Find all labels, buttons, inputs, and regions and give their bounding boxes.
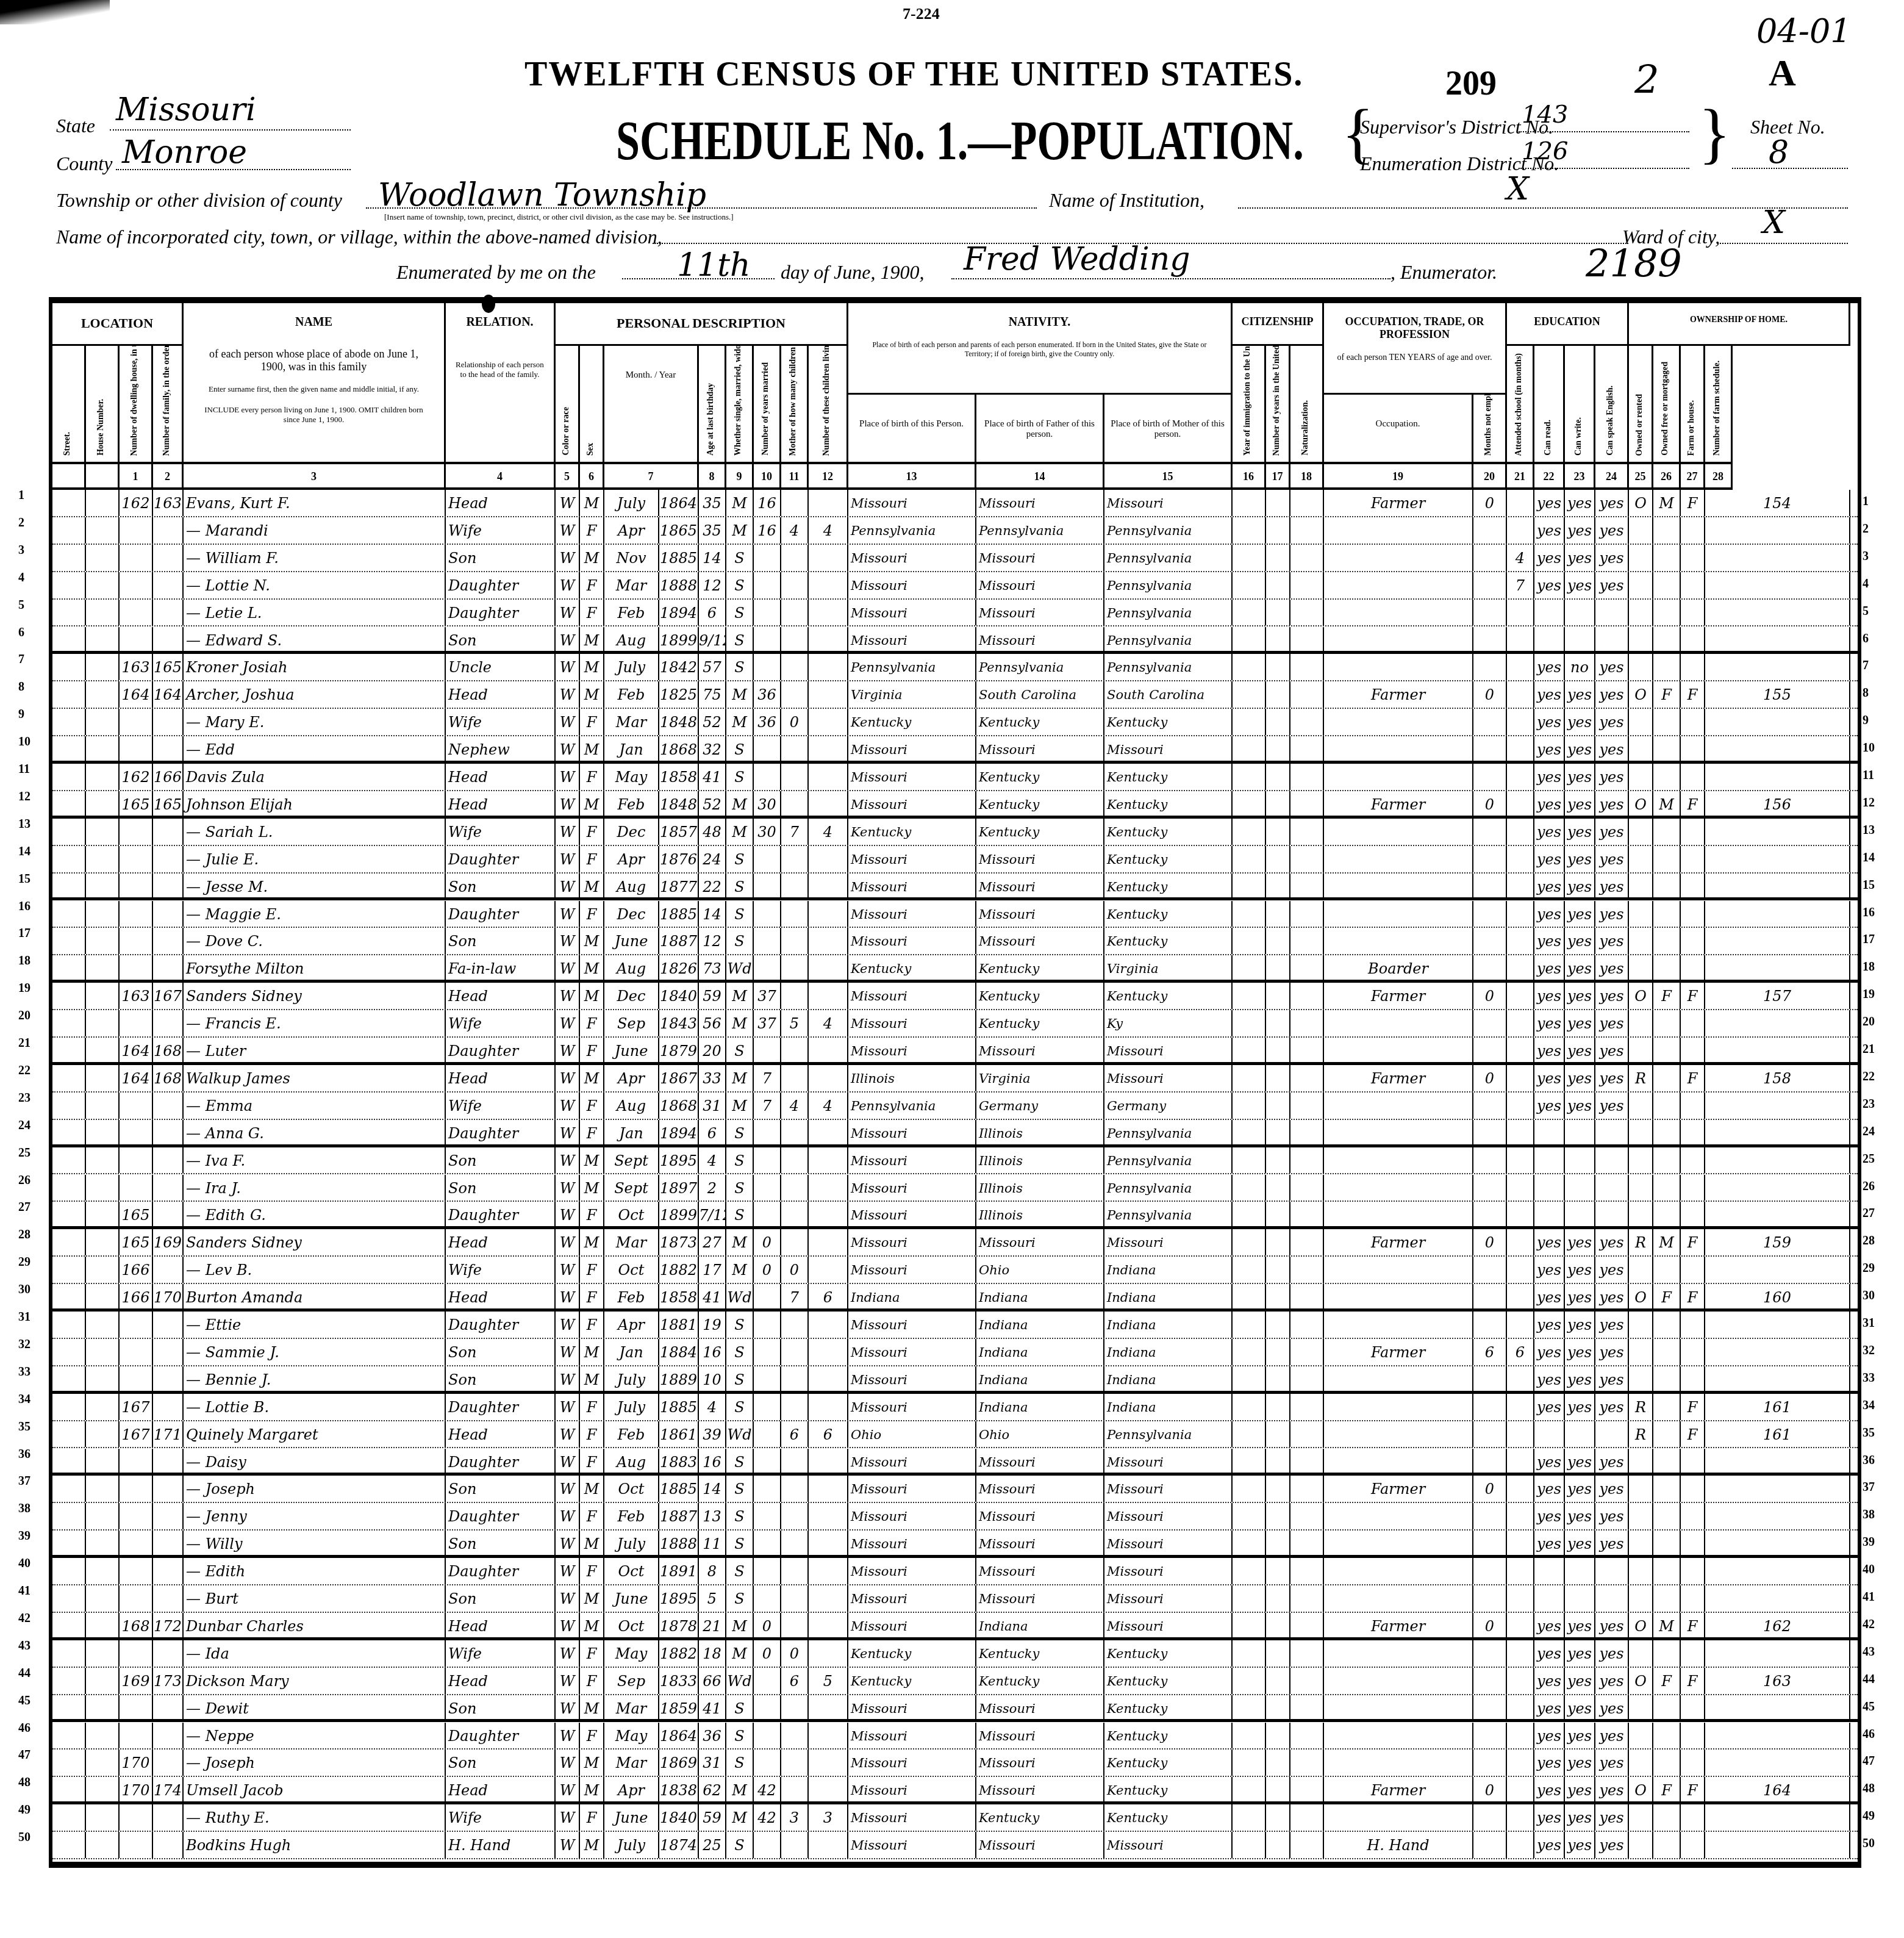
cell-empty bbox=[52, 846, 86, 872]
cell-owned bbox=[1629, 955, 1653, 980]
cell-read: yes bbox=[1534, 1668, 1565, 1694]
cell-marital: S bbox=[726, 1038, 754, 1062]
cell-birth-person: Missouri bbox=[848, 1558, 976, 1584]
cell-occupation bbox=[1324, 1723, 1473, 1749]
cell-not-employed bbox=[1473, 654, 1507, 680]
cell-yrs-married bbox=[754, 1202, 781, 1226]
column-header-9: Whether single, married, widowed, or div… bbox=[726, 346, 754, 462]
cell-farm bbox=[1681, 545, 1705, 571]
name-instr2: INCLUDE every person living on June 1, 1… bbox=[184, 405, 444, 425]
cell-empty bbox=[1266, 1750, 1290, 1776]
cell-empty bbox=[52, 1695, 86, 1720]
cell-name: Dunbar Charles bbox=[184, 1613, 446, 1637]
cell-empty bbox=[86, 1695, 120, 1720]
cell-birth-father: Missouri bbox=[976, 1832, 1104, 1858]
table-row: 170— JosephSonWMMar186931SMissouriMissou… bbox=[52, 1750, 1858, 1777]
cell-empty bbox=[86, 709, 120, 735]
line-number-right: 27 bbox=[1863, 1207, 1875, 1221]
cell-english bbox=[1595, 1585, 1629, 1612]
cell-family bbox=[153, 517, 184, 544]
column-number: 27 bbox=[1681, 462, 1705, 490]
cell-mother-of: 4 bbox=[781, 517, 809, 544]
cell-english: yes bbox=[1595, 819, 1629, 845]
cell-age: 41 bbox=[699, 764, 726, 790]
column-label: Farm or house. bbox=[1687, 400, 1697, 456]
cell-mother-of: 0 bbox=[781, 709, 809, 735]
cell-occupation bbox=[1324, 874, 1473, 898]
cell-empty bbox=[1266, 654, 1290, 680]
cell-empty bbox=[1266, 1257, 1290, 1283]
cell-mother-of bbox=[781, 1312, 809, 1338]
cell-dwelling bbox=[120, 1723, 153, 1749]
cell-name: — Ira J. bbox=[184, 1175, 446, 1201]
cell-birth-mother: Pennsylvania bbox=[1104, 1120, 1233, 1144]
cell-empty bbox=[1266, 1229, 1290, 1255]
cell-empty bbox=[52, 1284, 86, 1308]
cell-empty bbox=[86, 1613, 120, 1637]
cell-birth-person: Pennsylvania bbox=[848, 654, 976, 680]
cell-write: yes bbox=[1565, 1394, 1595, 1420]
cell-farm bbox=[1681, 572, 1705, 598]
cell-mother-of bbox=[781, 681, 809, 708]
cell-not-employed bbox=[1473, 1010, 1507, 1036]
table-row: 163165Kroner JosiahUncleWMJuly184257SPen… bbox=[52, 654, 1858, 681]
cell-race: W bbox=[556, 1394, 580, 1420]
cell-yrs-married bbox=[754, 1038, 781, 1062]
cell-month: Apr bbox=[604, 1065, 659, 1091]
cell-owned bbox=[1629, 517, 1653, 544]
cell-empty bbox=[86, 1640, 120, 1667]
cell-empty bbox=[86, 819, 120, 845]
line-number-right: 33 bbox=[1863, 1371, 1875, 1385]
cell-living: 4 bbox=[809, 1093, 848, 1119]
cell-empty bbox=[86, 1229, 120, 1255]
cell-not-employed bbox=[1473, 1723, 1507, 1749]
cell-race: W bbox=[556, 1229, 580, 1255]
cell-empty bbox=[52, 490, 86, 516]
cell-birth-person: Missouri bbox=[848, 1476, 976, 1502]
line-number-left: 43 bbox=[18, 1639, 30, 1653]
cell-birth-person: Missouri bbox=[848, 764, 976, 790]
cell-school bbox=[1507, 1093, 1534, 1119]
cell-empty bbox=[1233, 1558, 1266, 1584]
cell-living bbox=[809, 1147, 848, 1174]
cell-empty bbox=[52, 654, 86, 680]
cell-marital: S bbox=[726, 928, 754, 954]
cell-mother-of bbox=[781, 983, 809, 1009]
cell-not-employed: 0 bbox=[1473, 1613, 1507, 1637]
cell-not-employed: 0 bbox=[1473, 1229, 1507, 1255]
cell-english: yes bbox=[1595, 1065, 1629, 1091]
cell-race: W bbox=[556, 1202, 580, 1226]
cell-farm bbox=[1681, 1449, 1705, 1473]
cell-empty bbox=[1290, 1229, 1324, 1255]
cell-relation: Daughter bbox=[446, 1120, 556, 1144]
cell-name: Kroner Josiah bbox=[184, 654, 446, 680]
cell-schedule bbox=[1705, 1120, 1850, 1144]
institution-line bbox=[1238, 207, 1848, 209]
cell-mother-of bbox=[781, 1449, 809, 1473]
cell-age: 10 bbox=[699, 1366, 726, 1391]
line-number-left: 9 bbox=[18, 708, 24, 722]
stamp-number: 209 bbox=[1445, 64, 1497, 103]
cell-empty bbox=[1290, 1804, 1324, 1831]
cell-birth-father: Kentucky bbox=[976, 983, 1104, 1009]
cell-birth-father: Missouri bbox=[976, 901, 1104, 927]
line-number-right: 10 bbox=[1863, 741, 1875, 755]
cell-write: yes bbox=[1565, 846, 1595, 872]
line-number-right: 9 bbox=[1863, 714, 1869, 728]
cell-sex: M bbox=[580, 1175, 604, 1201]
cell-not-employed bbox=[1473, 709, 1507, 735]
cell-empty bbox=[52, 1339, 86, 1365]
cell-age: 41 bbox=[699, 1284, 726, 1308]
cell-not-employed bbox=[1473, 1640, 1507, 1667]
cell-name: — Jesse M. bbox=[184, 874, 446, 898]
cell-occupation bbox=[1324, 627, 1473, 651]
cell-race: W bbox=[556, 1695, 580, 1720]
cell-marital: M bbox=[726, 1777, 754, 1801]
cell-dwelling: 170 bbox=[120, 1777, 153, 1801]
cell-yrs-married: 7 bbox=[754, 1065, 781, 1091]
cell-read bbox=[1534, 1558, 1565, 1584]
cell-sex: F bbox=[580, 1640, 604, 1667]
cell-empty bbox=[1233, 600, 1266, 626]
cell-sex: F bbox=[580, 1723, 604, 1749]
cell-month: Apr bbox=[604, 846, 659, 872]
cell-owned bbox=[1629, 1640, 1653, 1667]
cell-write bbox=[1565, 600, 1595, 626]
cell-birth-mother: Kentucky bbox=[1104, 1640, 1233, 1667]
table-row: Forsythe MiltonFa-in-lawWMAug182673WdKen… bbox=[52, 955, 1858, 983]
cell-birth-person: Virginia bbox=[848, 681, 976, 708]
cell-farm bbox=[1681, 1585, 1705, 1612]
cell-empty bbox=[86, 1010, 120, 1036]
line-number-right: 42 bbox=[1863, 1618, 1875, 1632]
cell-birth-person: Missouri bbox=[848, 1449, 976, 1473]
cell-month: June bbox=[604, 928, 659, 954]
cell-living bbox=[809, 1339, 848, 1365]
cell-farm: F bbox=[1681, 983, 1705, 1009]
cell-empty bbox=[52, 1038, 86, 1062]
cell-year: 1848 bbox=[659, 791, 699, 816]
cell-sex: F bbox=[580, 1804, 604, 1831]
column-label: Place of birth of Father of this person. bbox=[976, 419, 1103, 440]
cell-living bbox=[809, 681, 848, 708]
cell-read: yes bbox=[1534, 1038, 1565, 1062]
cell-living bbox=[809, 955, 848, 980]
cell-sex: F bbox=[580, 1503, 604, 1529]
cell-owned bbox=[1629, 846, 1653, 872]
cell-farm bbox=[1681, 1558, 1705, 1584]
cell-name: Walkup James bbox=[184, 1065, 446, 1091]
cell-name: Davis Zula bbox=[184, 764, 446, 790]
cell-birth-father: Indiana bbox=[976, 1613, 1104, 1637]
cell-race: W bbox=[556, 572, 580, 598]
cell-relation: Head bbox=[446, 1229, 556, 1255]
cell-mother-of bbox=[781, 846, 809, 872]
cell-family: 167 bbox=[153, 983, 184, 1009]
cell-living bbox=[809, 1449, 848, 1473]
cell-birth-person: Missouri bbox=[848, 1120, 976, 1144]
line-number-left: 11 bbox=[18, 763, 30, 777]
cell-owned bbox=[1629, 1202, 1653, 1226]
cell-dwelling bbox=[120, 627, 153, 651]
cell-living bbox=[809, 1175, 848, 1201]
cell-empty bbox=[1290, 1394, 1324, 1420]
cell-empty bbox=[86, 1175, 120, 1201]
cell-school bbox=[1507, 1229, 1534, 1255]
column-number: 23 bbox=[1565, 462, 1595, 490]
cell-age: 16 bbox=[699, 1339, 726, 1365]
cell-farm bbox=[1681, 1010, 1705, 1036]
cell-mother-of bbox=[781, 791, 809, 816]
cell-not-employed: 0 bbox=[1473, 1476, 1507, 1502]
cell-race: W bbox=[556, 1558, 580, 1584]
cell-empty bbox=[52, 1503, 86, 1529]
cell-empty bbox=[1266, 928, 1290, 954]
cell-sex: F bbox=[580, 572, 604, 598]
cell-empty bbox=[86, 490, 120, 516]
cell-empty bbox=[52, 1202, 86, 1226]
column-label: Sex bbox=[586, 443, 596, 456]
line-number-left: 10 bbox=[18, 735, 30, 749]
cell-name: — Jenny bbox=[184, 1503, 446, 1529]
cell-farm bbox=[1681, 1695, 1705, 1720]
cell-month: Jan bbox=[604, 736, 659, 761]
cell-write bbox=[1565, 1558, 1595, 1584]
cell-living bbox=[809, 764, 848, 790]
cell-mother-of bbox=[781, 600, 809, 626]
cell-read: yes bbox=[1534, 709, 1565, 735]
cell-farm: F bbox=[1681, 791, 1705, 816]
cell-not-employed bbox=[1473, 1558, 1507, 1584]
column-label: Number of farm schedule. bbox=[1713, 361, 1722, 456]
cell-birth-person: Missouri bbox=[848, 1257, 976, 1283]
cell-year: 1885 bbox=[659, 901, 699, 927]
cell-birth-person: Missouri bbox=[848, 1229, 976, 1255]
cell-empty bbox=[1290, 983, 1324, 1009]
cell-marital: S bbox=[726, 1202, 754, 1226]
cell-empty bbox=[86, 736, 120, 761]
cell-empty bbox=[1266, 1832, 1290, 1858]
cell-not-employed bbox=[1473, 627, 1507, 651]
cell-dwelling bbox=[120, 1366, 153, 1391]
cell-not-employed: 0 bbox=[1473, 1777, 1507, 1801]
cell-empty bbox=[86, 1449, 120, 1473]
cell-birth-father: Missouri bbox=[976, 1503, 1104, 1529]
cell-year: 1895 bbox=[659, 1585, 699, 1612]
cell-birth-mother: Missouri bbox=[1104, 490, 1233, 516]
cell-empty bbox=[52, 709, 86, 735]
cell-school bbox=[1507, 1421, 1534, 1448]
cell-year: 1885 bbox=[659, 545, 699, 571]
cell-marital: S bbox=[726, 1394, 754, 1420]
cell-age: 31 bbox=[699, 1750, 726, 1776]
cell-birth-father: Missouri bbox=[976, 600, 1104, 626]
line-number-left: 35 bbox=[18, 1420, 30, 1434]
column-label: Owned free or mortgaged bbox=[1661, 362, 1670, 456]
cell-age: 33 bbox=[699, 1065, 726, 1091]
cell-family bbox=[153, 1832, 184, 1858]
cell-empty bbox=[52, 1229, 86, 1255]
cell-english: yes bbox=[1595, 1229, 1629, 1255]
cell-birth-mother: Missouri bbox=[1104, 1229, 1233, 1255]
cell-year: 1868 bbox=[659, 1093, 699, 1119]
cell-mortgaged: M bbox=[1653, 791, 1681, 816]
cell-mother-of bbox=[781, 1229, 809, 1255]
cell-read: yes bbox=[1534, 654, 1565, 680]
cell-year: 1826 bbox=[659, 955, 699, 980]
cell-dwelling: 162 bbox=[120, 490, 153, 516]
cell-name: — Lottie N. bbox=[184, 572, 446, 598]
line-number-left: 2 bbox=[18, 516, 24, 530]
cell-dwelling: 170 bbox=[120, 1750, 153, 1776]
cell-empty bbox=[1290, 1257, 1324, 1283]
cell-birth-mother: Kentucky bbox=[1104, 983, 1233, 1009]
cell-birth-mother: Kentucky bbox=[1104, 819, 1233, 845]
cell-farm bbox=[1681, 1723, 1705, 1749]
cell-empty bbox=[52, 955, 86, 980]
cell-empty bbox=[1266, 736, 1290, 761]
cell-dwelling bbox=[120, 1640, 153, 1667]
cell-schedule bbox=[1705, 764, 1850, 790]
cell-sex: F bbox=[580, 846, 604, 872]
cell-mortgaged bbox=[1653, 1503, 1681, 1529]
cell-mortgaged bbox=[1653, 1421, 1681, 1448]
column-header-1: Number of dwelling house, in the order o… bbox=[120, 346, 153, 462]
cell-mother-of bbox=[781, 901, 809, 927]
cell-year: 1865 bbox=[659, 517, 699, 544]
cell-farm bbox=[1681, 874, 1705, 898]
cell-school bbox=[1507, 1366, 1534, 1391]
cell-sex: M bbox=[580, 791, 604, 816]
cell-age: 14 bbox=[699, 1476, 726, 1502]
cell-family bbox=[153, 1257, 184, 1283]
table-row: — IdaWifeWFMay188218M00KentuckyKentuckyK… bbox=[52, 1640, 1858, 1668]
cell-year: 1833 bbox=[659, 1668, 699, 1694]
cell-yrs-married bbox=[754, 627, 781, 651]
cell-mortgaged bbox=[1653, 1449, 1681, 1473]
cell-living bbox=[809, 1202, 848, 1226]
cell-empty bbox=[1233, 1010, 1266, 1036]
cell-read bbox=[1534, 1120, 1565, 1144]
cell-name: — Ettie bbox=[184, 1312, 446, 1338]
cell-birth-person: Missouri bbox=[848, 1585, 976, 1612]
institution-label: Name of Institution, bbox=[1049, 189, 1204, 212]
line-number-left: 32 bbox=[18, 1338, 30, 1352]
cell-name: — Dove C. bbox=[184, 928, 446, 954]
census-title: TWELFTH CENSUS OF THE UNITED STATES. bbox=[524, 55, 1303, 94]
cell-read bbox=[1534, 600, 1565, 626]
cell-empty bbox=[52, 1366, 86, 1391]
cell-month: Oct bbox=[604, 1257, 659, 1283]
cell-marital: S bbox=[726, 1531, 754, 1555]
cell-schedule: 162 bbox=[1705, 1613, 1850, 1637]
cell-yrs-married: 16 bbox=[754, 517, 781, 544]
cell-occupation: Farmer bbox=[1324, 1613, 1473, 1637]
cell-empty bbox=[86, 600, 120, 626]
cell-empty bbox=[1233, 1038, 1266, 1062]
cell-birth-person: Missouri bbox=[848, 1202, 976, 1226]
cell-birth-mother: Pennsylvania bbox=[1104, 654, 1233, 680]
cell-age: 2 bbox=[699, 1175, 726, 1201]
schedule-title: SCHEDULE No. 1.—POPULATION. bbox=[616, 110, 1304, 173]
cell-marital: S bbox=[726, 1449, 754, 1473]
cell-mother-of: 3 bbox=[781, 1804, 809, 1831]
cell-empty bbox=[1290, 1038, 1324, 1062]
cell-sex: M bbox=[580, 490, 604, 516]
cell-relation: Wife bbox=[446, 517, 556, 544]
column-number: 12 bbox=[809, 462, 848, 490]
cell-empty bbox=[52, 1668, 86, 1694]
cell-empty bbox=[1290, 1723, 1324, 1749]
table-row: — WillySonWMJuly188811SMissouriMissouriM… bbox=[52, 1531, 1858, 1558]
cell-relation: Head bbox=[446, 764, 556, 790]
cell-owned bbox=[1629, 1558, 1653, 1584]
cell-school bbox=[1507, 1257, 1534, 1283]
enumerator-name: Fred Wedding bbox=[964, 241, 1190, 278]
table-row: — EmmaWifeWFAug186831M744PennsylvaniaGer… bbox=[52, 1093, 1858, 1120]
cell-empty bbox=[1266, 1668, 1290, 1694]
cell-dwelling: 166 bbox=[120, 1284, 153, 1308]
cell-relation: H. Hand bbox=[446, 1832, 556, 1858]
cell-english: yes bbox=[1595, 1038, 1629, 1062]
cell-month: Feb bbox=[604, 1503, 659, 1529]
cell-write bbox=[1565, 1175, 1595, 1201]
cell-farm: F bbox=[1681, 1777, 1705, 1801]
table-row: — JosephSonWMOct188514SMissouriMissouriM… bbox=[52, 1476, 1858, 1503]
line-number-left: 39 bbox=[18, 1529, 30, 1543]
cell-relation: Son bbox=[446, 1147, 556, 1174]
cell-birth-mother: Pennsylvania bbox=[1104, 572, 1233, 598]
cell-write bbox=[1565, 1202, 1595, 1226]
cell-empty bbox=[52, 1777, 86, 1801]
cell-empty bbox=[52, 545, 86, 571]
cell-name: — Edith bbox=[184, 1558, 446, 1584]
cell-birth-person: Missouri bbox=[848, 1147, 976, 1174]
cell-sex: M bbox=[580, 1531, 604, 1555]
cell-not-employed: 0 bbox=[1473, 983, 1507, 1009]
line-number-right: 32 bbox=[1863, 1344, 1875, 1358]
cell-schedule: 155 bbox=[1705, 681, 1850, 708]
occupation-desc: of each person TEN YEARS of age and over… bbox=[1324, 353, 1505, 363]
cell-school bbox=[1507, 1503, 1534, 1529]
cell-schedule: 164 bbox=[1705, 1777, 1850, 1801]
cell-empty bbox=[86, 1147, 120, 1174]
cell-owned bbox=[1629, 1476, 1653, 1502]
column-label: Can write. bbox=[1574, 417, 1584, 456]
cell-mother-of bbox=[781, 1394, 809, 1420]
cell-owned bbox=[1629, 627, 1653, 651]
cell-relation: Daughter bbox=[446, 572, 556, 598]
cell-read: yes bbox=[1534, 901, 1565, 927]
cell-name: — Mary E. bbox=[184, 709, 446, 735]
cell-farm bbox=[1681, 600, 1705, 626]
cell-birth-mother: Kentucky bbox=[1104, 709, 1233, 735]
cell-month: Feb bbox=[604, 681, 659, 708]
line-number-right: 5 bbox=[1863, 605, 1869, 619]
cell-english bbox=[1595, 1120, 1629, 1144]
cell-english: yes bbox=[1595, 1503, 1629, 1529]
cell-empty bbox=[1266, 1503, 1290, 1529]
cell-owned bbox=[1629, 1449, 1653, 1473]
cell-living bbox=[809, 1366, 848, 1391]
cell-birth-father: Ohio bbox=[976, 1257, 1104, 1283]
cell-mother-of bbox=[781, 572, 809, 598]
cell-empty bbox=[1233, 1120, 1266, 1144]
cell-occupation bbox=[1324, 901, 1473, 927]
